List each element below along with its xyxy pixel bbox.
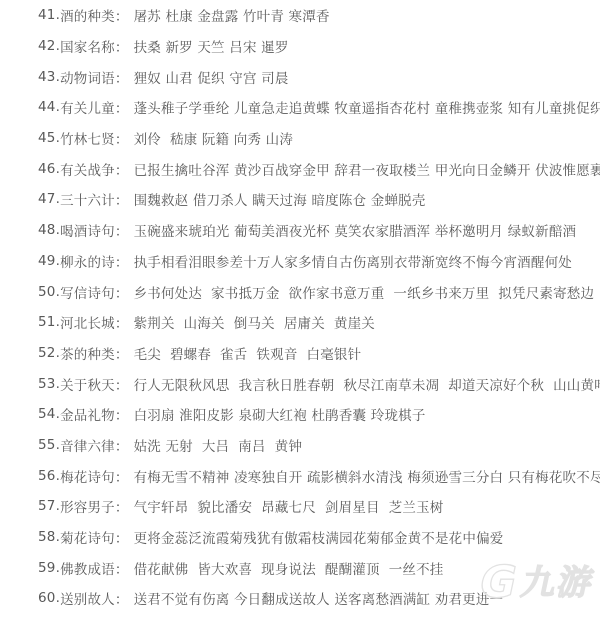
- list-item: 52. 茶的种类： 毛尖 碧螺春 雀舌 铁观音 白毫银针: [38, 338, 600, 369]
- item-content: 屠苏 杜康 金盘露 竹叶青 寒潭香: [134, 5, 330, 25]
- item-content: 白羽扇 淮阳皮影 泉砌大红袍 杜鹃香囊 玲珑棋子: [134, 404, 426, 424]
- item-number: 55.: [38, 437, 60, 453]
- item-number: 47.: [38, 191, 60, 207]
- list-item: 44. 有关儿童： 蓬头稚子学垂纶 儿童急走追黄蝶 牧童遥指杏花村 童稚携壶浆 …: [38, 92, 600, 123]
- list-item: 47. 三十六计： 围魏救赵 借刀杀人 瞒天过海 暗度陈仓 金蝉脱壳: [38, 184, 600, 215]
- list-item: 46. 有关战争： 已报生擒吐谷浑 黄沙百战穿金甲 辞君一夜取楼兰 甲光向日金鳞…: [38, 153, 600, 184]
- item-category-label: 喝酒诗句：: [60, 220, 129, 240]
- list-item: 58. 菊花诗句： 更将金蕊泛流霞菊残犹有傲霜枝满园花菊郁金黄不是花中偏爱: [38, 522, 600, 553]
- item-category-label: 菊花诗句：: [60, 527, 129, 547]
- list-item: 42. 国家名称： 扶桑 新罗 天竺 吕宋 暹罗: [38, 31, 600, 62]
- item-category-label: 动物词语：: [60, 67, 129, 87]
- item-content: 借花献佛 皆大欢喜 现身说法 醍醐灌顶 一丝不挂: [134, 558, 444, 578]
- item-category-label: 关于秋天：: [60, 374, 129, 394]
- item-content: 狸奴 山君 促织 守宫 司晨: [134, 67, 289, 87]
- item-content: 刘伶 嵇康 阮籍 向秀 山涛: [134, 128, 293, 148]
- item-content: 紫荆关 山海关 倒马关 居庸关 黄崖关: [134, 312, 375, 332]
- item-category-label: 有关战争：: [60, 159, 129, 179]
- item-number: 46.: [38, 161, 60, 177]
- list-item: 55. 音律六律： 姑洗 无射 大吕 南吕 黄钟: [38, 430, 600, 461]
- item-content: 姑洗 无射 大吕 南吕 黄钟: [134, 435, 302, 455]
- list-item: 48. 喝酒诗句： 玉碗盛来琥珀光 葡萄美酒夜光杯 莫笑农家腊酒浑 举杯邀明月 …: [38, 215, 600, 246]
- list-item: 56. 梅花诗句： 有梅无雪不精神 凌寒独自开 疏影横斜水清浅 梅须逊雪三分白 …: [38, 460, 600, 491]
- item-content: 围魏救赵 借刀杀人 瞒天过海 暗度陈仓 金蝉脱壳: [134, 189, 426, 209]
- item-category-label: 河北长城：: [60, 312, 129, 332]
- item-category-label: 国家名称：: [60, 36, 129, 56]
- item-number: 44.: [38, 99, 60, 115]
- watermark-brand-text: 九游: [518, 566, 597, 600]
- item-number: 49.: [38, 253, 60, 269]
- item-number: 53.: [38, 376, 60, 392]
- item-content: 有梅无雪不精神 凌寒独自开 疏影横斜水清浅 梅须逊雪三分白 只有梅花吹不尽: [134, 466, 600, 486]
- item-number: 42.: [38, 38, 60, 54]
- article-body: 41. 酒的种类： 屠苏 杜康 金盘露 竹叶青 寒潭香 42. 国家名称： 扶桑…: [0, 0, 600, 619]
- list-item: 57. 形容男子： 气宇轩昂 貌比潘安 昂藏七尺 剑眉星目 芝兰玉树: [38, 491, 600, 522]
- item-category-label: 形容男子：: [60, 496, 129, 516]
- item-category-label: 三十六计：: [60, 189, 129, 209]
- list-item: 53. 关于秋天： 行人无限秋风思 我言秋日胜春朝 秋尽江南草未凋 却道天凉好个…: [38, 368, 600, 399]
- item-content: 气宇轩昂 貌比潘安 昂藏七尺 剑眉星目 芝兰玉树: [134, 496, 444, 516]
- watermark: G 九游: [475, 561, 598, 605]
- item-category-label: 酒的种类：: [60, 5, 129, 25]
- item-number: 50.: [38, 284, 60, 300]
- item-content: 乡书何处达 家书抵万金 欲作家书意万重 一纸乡书来万里 拟凭尺素寄愁边: [134, 282, 595, 302]
- list-item: 50. 写信诗句： 乡书何处达 家书抵万金 欲作家书意万重 一纸乡书来万里 拟凭…: [38, 276, 600, 307]
- list-item: 49. 柳永的诗： 执手相看泪眼参差十万人家多情自古伤离别衣带渐宽终不悔今宵酒醒…: [38, 246, 600, 277]
- item-category-label: 佛教成语：: [60, 558, 129, 578]
- item-category-label: 有关儿童：: [60, 97, 129, 117]
- item-category-label: 柳永的诗：: [60, 251, 129, 271]
- item-category-label: 音律六律：: [60, 435, 129, 455]
- list-item: 41. 酒的种类： 屠苏 杜康 金盘露 竹叶青 寒潭香: [38, 0, 600, 31]
- item-category-label: 写信诗句：: [60, 282, 129, 302]
- item-number: 57.: [38, 498, 60, 514]
- item-number: 43.: [38, 69, 60, 85]
- item-number: 60.: [38, 590, 60, 606]
- item-content: 扶桑 新罗 天竺 吕宋 暹罗: [134, 36, 289, 56]
- item-category-label: 茶的种类：: [60, 343, 129, 363]
- trivia-list: 41. 酒的种类： 屠苏 杜康 金盘露 竹叶青 寒潭香 42. 国家名称： 扶桑…: [38, 0, 600, 614]
- item-number: 48.: [38, 222, 60, 238]
- item-category-label: 送别故人：: [60, 588, 129, 608]
- list-item: 43. 动物词语： 狸奴 山君 促织 守宫 司晨: [38, 61, 600, 92]
- item-content: 行人无限秋风思 我言秋日胜春朝 秋尽江南草未凋 却道天凉好个秋 山山黄叶飞: [134, 374, 600, 394]
- item-number: 59.: [38, 560, 60, 576]
- item-content: 蓬头稚子学垂纶 儿童急走追黄蝶 牧童遥指杏花村 童稚携壶浆 知有儿童挑促织: [134, 97, 600, 117]
- list-item: 51. 河北长城： 紫荆关 山海关 倒马关 居庸关 黄崖关: [38, 307, 600, 338]
- list-item: 45. 竹林七贤： 刘伶 嵇康 阮籍 向秀 山涛: [38, 123, 600, 154]
- item-number: 45.: [38, 130, 60, 146]
- item-category-label: 梅花诗句：: [60, 466, 129, 486]
- item-content: 玉碗盛来琥珀光 葡萄美酒夜光杯 莫笑农家腊酒浑 举杯邀明月 绿蚁新醅酒: [134, 220, 577, 240]
- item-content: 执手相看泪眼参差十万人家多情自古伤离别衣带渐宽终不悔今宵酒醒何处: [134, 251, 572, 271]
- item-number: 58.: [38, 529, 60, 545]
- item-content: 更将金蕊泛流霞菊残犹有傲霜枝满园花菊郁金黄不是花中偏爱: [134, 527, 504, 547]
- item-number: 54.: [38, 406, 60, 422]
- item-content: 已报生擒吐谷浑 黄沙百战穿金甲 辞君一夜取楼兰 甲光向日金鳞开 伏波惟愿裹尸还: [134, 159, 600, 179]
- item-category-label: 金品礼物：: [60, 404, 129, 424]
- item-category-label: 竹林七贤：: [60, 128, 129, 148]
- item-number: 52.: [38, 345, 60, 361]
- item-content: 送君不觉有伤离 今日翻成送故人 送客离愁酒满缸 劝君更进一: [134, 588, 504, 608]
- item-number: 56.: [38, 468, 60, 484]
- page: { "page": { "background": "#ffffff", "te…: [0, 0, 600, 619]
- item-number: 41.: [38, 7, 60, 23]
- item-number: 51.: [38, 314, 60, 330]
- item-content: 毛尖 碧螺春 雀舌 铁观音 白毫银针: [134, 343, 362, 363]
- list-item: 54. 金品礼物： 白羽扇 淮阳皮影 泉砌大红袍 杜鹃香囊 玲珑棋子: [38, 399, 600, 430]
